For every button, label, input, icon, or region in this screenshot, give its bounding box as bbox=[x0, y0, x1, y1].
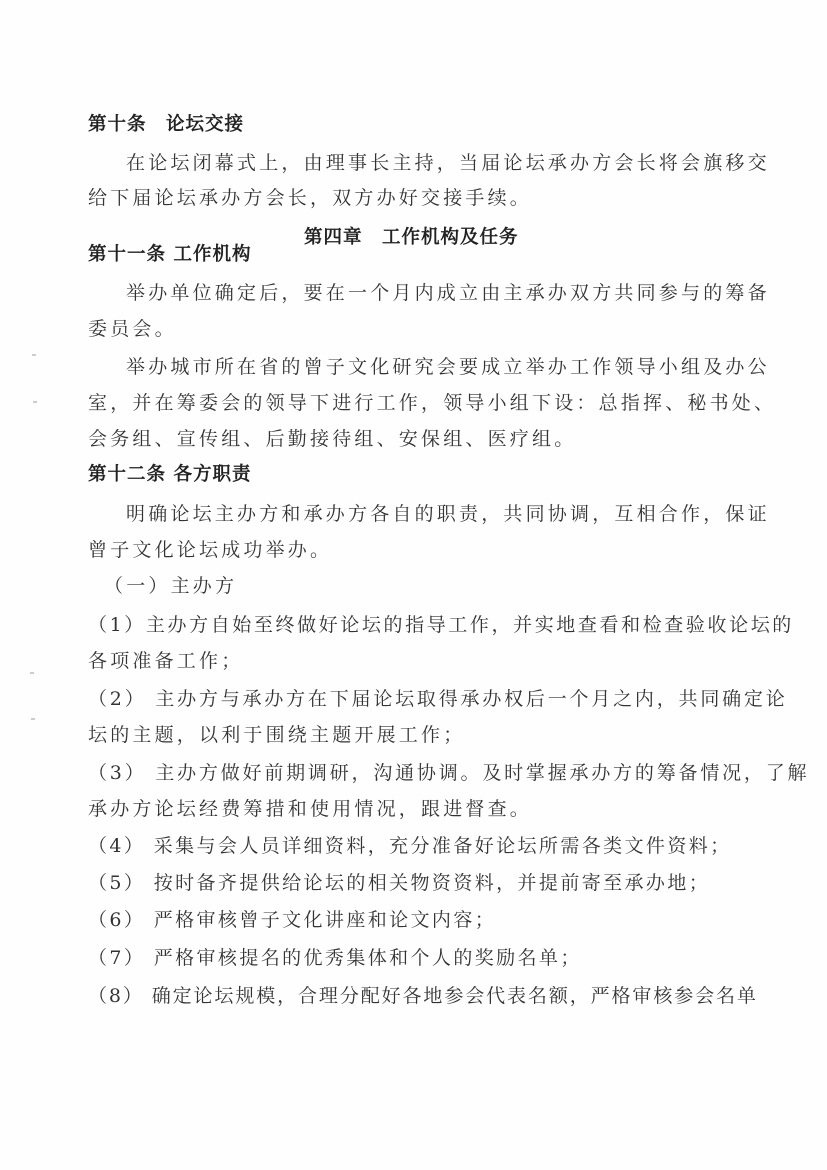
article-10-heading: 第十条 论坛交接 bbox=[88, 113, 244, 137]
article-11-p2-line-2: 室，并在筹委会的领导下进行工作，领导小组下设：总指挥、秘书处、 bbox=[88, 391, 776, 415]
scan-artifact bbox=[33, 401, 37, 403]
article-11-p2-line-1: 举办城市所在省的曾子文化研究会要成立举办工作领导小组及办公 bbox=[126, 355, 770, 379]
article-12-item-3-line-2: 承办方论坛经费筹措和使用情况，跟进督查。 bbox=[88, 797, 532, 821]
article-12-item-2-line-1: （2） 主办方与承办方在下届论坛取得承办权后一个月之内，共同确定论 bbox=[88, 687, 788, 711]
article-11-heading: 第十一条 工作机构 bbox=[88, 243, 251, 267]
article-12-heading: 第十二条 各方职责 bbox=[88, 463, 251, 487]
chapter-4-title: 第四章 工作机构及任务 bbox=[304, 226, 519, 250]
article-11-p1-line-2: 委员会。 bbox=[88, 317, 177, 341]
article-11-p2-line-3: 会务组、宣传组、后勤接待组、安保组、医疗组。 bbox=[88, 427, 576, 451]
article-10-paragraph-line-2: 给下届论坛承办方会长，双方办好交接手续。 bbox=[88, 186, 532, 210]
article-12-item-3-line-1: （3） 主办方做好前期调研，沟通协调。及时掌握承办方的筹备情况，了解 bbox=[88, 761, 809, 785]
article-12-item-7: （7） 严格审核提名的优秀集体和个人的奖励名单； bbox=[88, 946, 582, 970]
document-page: 第十条 论坛交接 在论坛闭幕式上，由理事长主持，当届论坛承办方会长将会旗移交 给… bbox=[0, 0, 827, 1170]
article-12-intro-line-2: 曾子文化论坛成功举办。 bbox=[88, 538, 332, 562]
article-12-item-5: （5） 按时备齐提供给论坛的相关物资资料，并提前寄至承办地； bbox=[88, 871, 710, 895]
scan-artifact bbox=[30, 672, 34, 674]
article-12-item-6: （6） 严格审核曾子文化讲座和论文内容； bbox=[88, 908, 496, 932]
scan-artifact bbox=[31, 718, 35, 720]
article-12-item-4: （4） 采集与会人员详细资料，充分准备好论坛所需各类文件资料； bbox=[88, 834, 732, 858]
scan-artifact bbox=[32, 354, 36, 356]
article-10-paragraph-line-1: 在论坛闭幕式上，由理事长主持，当届论坛承办方会长将会旗移交 bbox=[126, 151, 770, 175]
article-12-item-1-line-1: （1）主办方自始至终做好论坛的指导工作，并实地查看和检查验收论坛的 bbox=[88, 613, 794, 637]
article-12-item-1-line-2: 各项准备工作； bbox=[88, 649, 243, 673]
article-12-intro-line-1: 明确论坛主办方和承办方各自的职责，共同协调，互相合作，保证 bbox=[126, 502, 770, 526]
article-11-p1-line-1: 举办单位确定后，要在一个月内成立由主承办双方共同参与的筹备 bbox=[126, 281, 770, 305]
article-12-item-8: （8） 确定论坛规模，合理分配好各地参会代表名额，严格审核参会名单 bbox=[88, 984, 758, 1008]
article-12-item-2-line-2: 坛的主题，以利于围绕主题开展工作； bbox=[88, 723, 465, 747]
article-12-sub-heading: （一）主办方 bbox=[104, 574, 237, 598]
